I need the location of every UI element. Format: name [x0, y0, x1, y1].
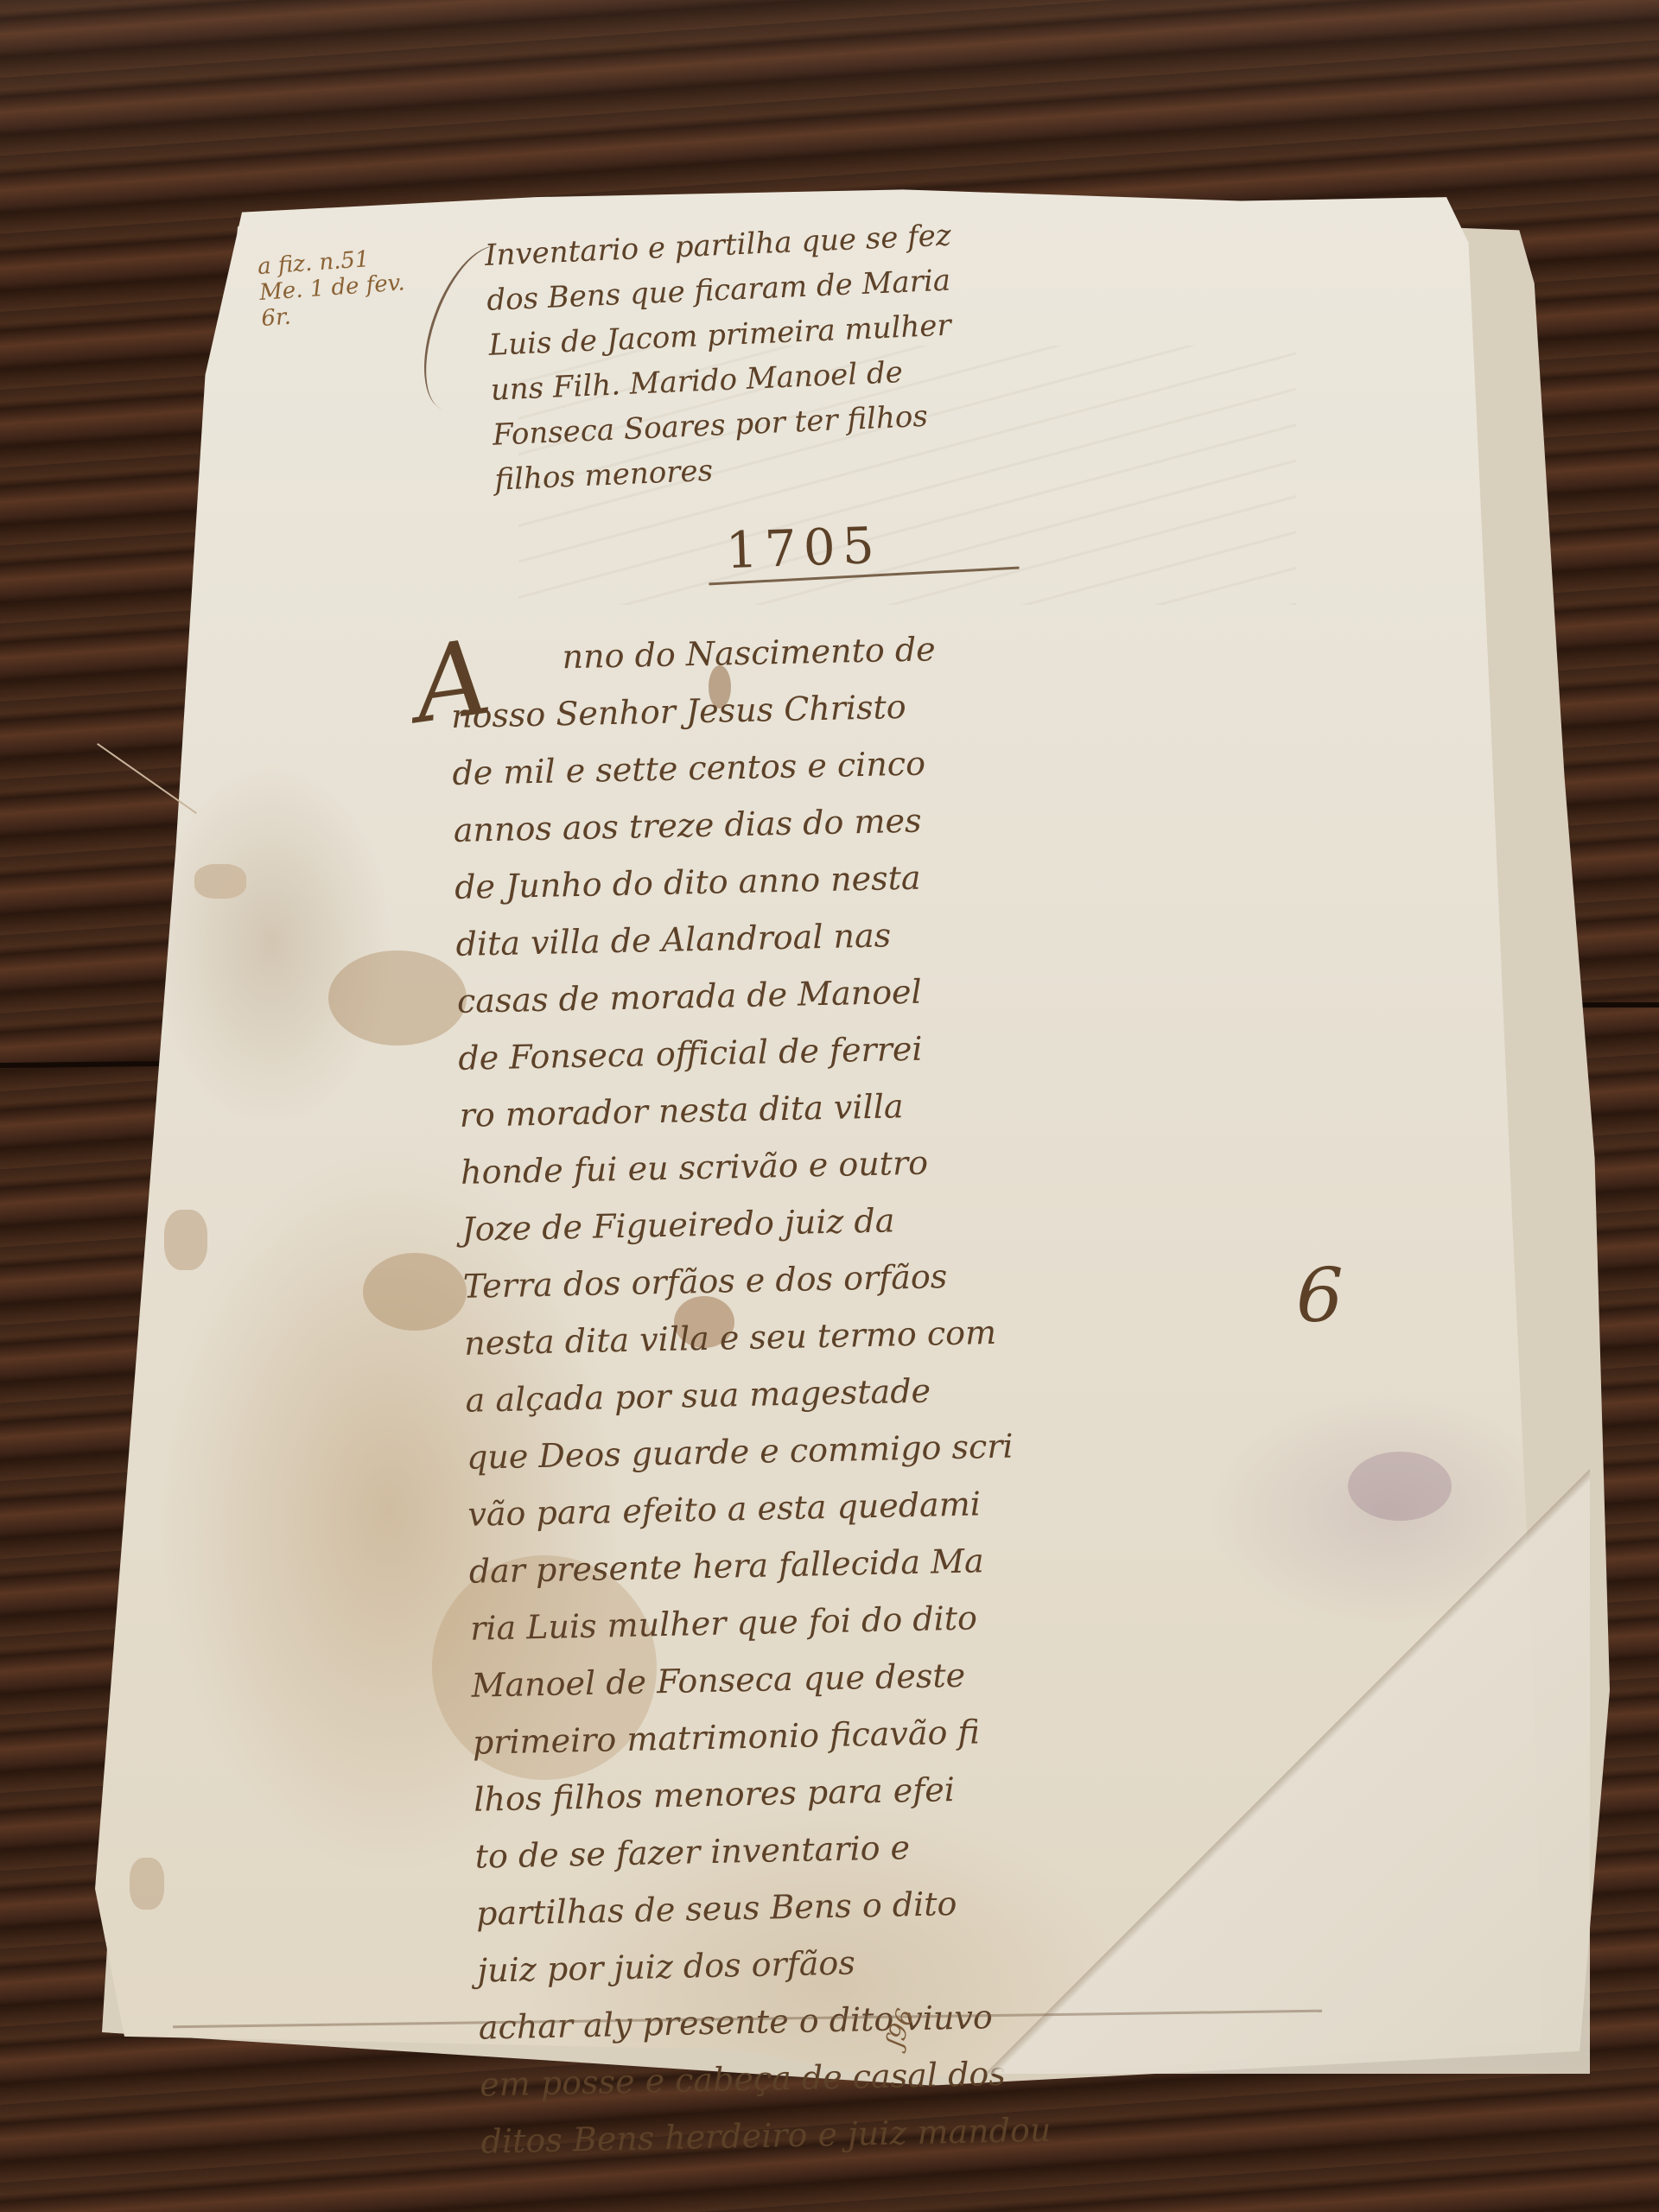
binding-thread	[194, 864, 246, 899]
water-stain	[328, 950, 467, 1046]
document-title: Inventario e partilha que se fez dos Ben…	[484, 195, 1359, 502]
binding-thread	[130, 1858, 164, 1910]
page-number: 6	[1296, 1253, 1344, 1339]
water-stain	[363, 1253, 467, 1331]
binding-thread	[164, 1210, 207, 1270]
year-heading: 1705	[725, 516, 882, 580]
